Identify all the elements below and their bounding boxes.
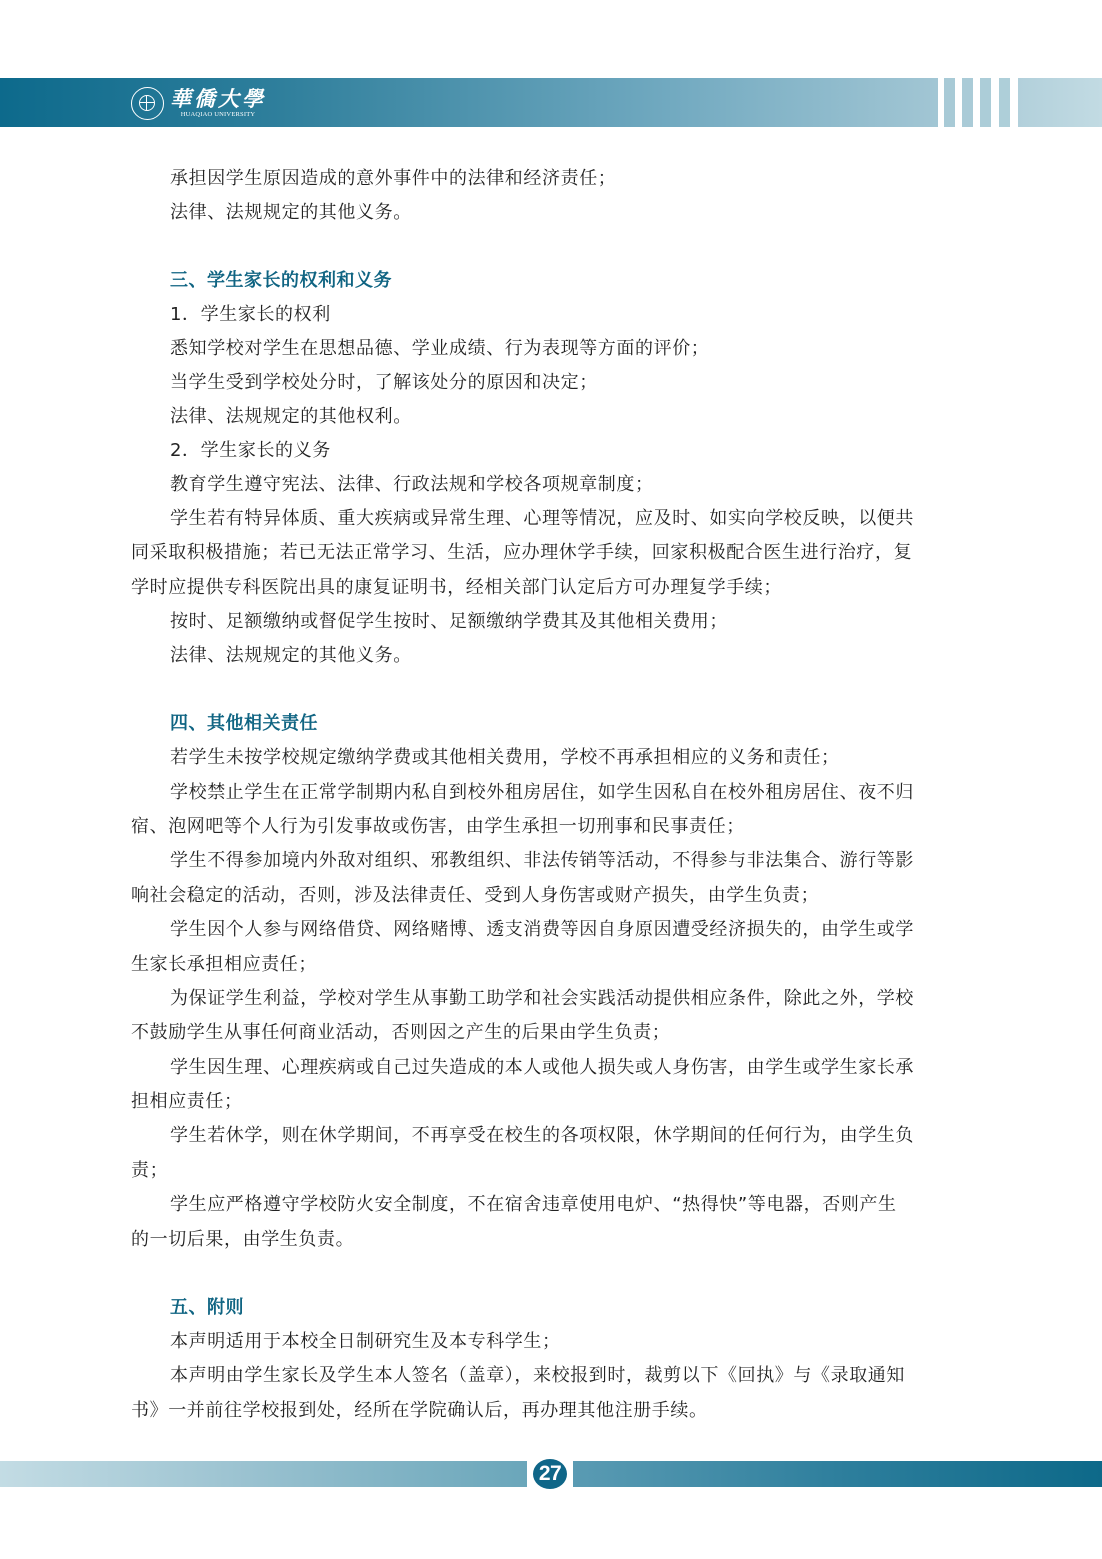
document-body: 承担因学生原因造成的意外事件中的法律和经济责任； 法律、法规规定的其他义务。 三… (131, 162, 971, 1428)
text-line: 法律、法规规定的其他权利。 (131, 400, 971, 434)
section-heading-5: 五、附则 (131, 1291, 971, 1325)
logo-english-name: HUAQIAO UNIVERSITY (181, 111, 256, 119)
paragraph: 学生应严格遵守学校防火安全制度，不在宿舍违章使用电炉、“热得快”等电器，否则产生… (131, 1188, 971, 1257)
text-line: 法律、法规规定的其他义务。 (131, 639, 971, 673)
university-emblem-icon (131, 87, 164, 120)
header-banner: 華僑大學 HUAQIAO UNIVERSITY (0, 78, 1102, 127)
subheading-duties: 2．学生家长的义务 (131, 434, 971, 468)
page-number: 27 (530, 1456, 570, 1492)
subheading-rights: 1．学生家长的权利 (131, 298, 971, 332)
logo-chinese-name: 華僑大學 (170, 87, 266, 111)
section-heading-4: 四、其他相关责任 (131, 707, 971, 741)
paragraph: 学生因个人参与网络借贷、网络赌博、透支消费等因自身原因遭受经济损失的，由学生或学… (131, 913, 971, 982)
header-stripe (962, 78, 973, 127)
paragraph: 若学生未按学校规定缴纳学费或其他相关费用，学校不再承担相应的义务和责任； (131, 741, 971, 775)
paragraph: 本声明由学生家长及学生本人签名（盖章），来校报到时，裁剪以下《回执》与《录取通知… (131, 1359, 971, 1428)
paragraph: 为保证学生利益，学校对学生从事勤工助学和社会实践活动提供相应条件，除此之外，学校… (131, 982, 971, 1051)
paragraph: 学生若有特异体质、重大疾病或异常生理、心理等情况，应及时、如实向学校反映，以便共… (131, 502, 971, 605)
footer-gradient-left (0, 1461, 527, 1487)
paragraph: 学生若休学，则在休学期间，不再享受在校生的各项权限，休学期间的任何行为，由学生负… (131, 1119, 971, 1188)
header-stripe (980, 78, 991, 127)
text-line: 当学生受到学校处分时，了解该处分的原因和决定； (131, 366, 971, 400)
section-heading-3: 三、学生家长的权利和义务 (131, 264, 971, 298)
header-tail (1018, 78, 1102, 127)
paragraph: 学校禁止学生在正常学制期内私自到校外租房居住，如学生因私自在校外租房居住、夜不归… (131, 776, 971, 845)
header-stripe (999, 78, 1010, 127)
text-line: 按时、足额缴纳或督促学生按时、足额缴纳学费其及其他相关费用； (131, 605, 971, 639)
text-line: 法律、法规规定的其他义务。 (131, 196, 971, 230)
footer-gradient-right (573, 1461, 1102, 1487)
header-stripe (944, 78, 955, 127)
text-line: 悉知学校对学生在思想品德、学业成绩、行为表现等方面的评价； (131, 332, 971, 366)
paragraph: 本声明适用于本校全日制研究生及本专科学生； (131, 1325, 971, 1359)
text-line: 教育学生遵守宪法、法律、行政法规和学校各项规章制度； (131, 468, 971, 502)
paragraph: 学生因生理、心理疾病或自己过失造成的本人或他人损失或人身伤害，由学生或学生家长承… (131, 1051, 971, 1120)
text-line: 承担因学生原因造成的意外事件中的法律和经济责任； (131, 162, 971, 196)
paragraph: 学生不得参加境内外敌对组织、邪教组织、非法传销等活动，不得参与非法集合、游行等影… (131, 844, 971, 913)
university-logo: 華僑大學 HUAQIAO UNIVERSITY (131, 85, 266, 121)
